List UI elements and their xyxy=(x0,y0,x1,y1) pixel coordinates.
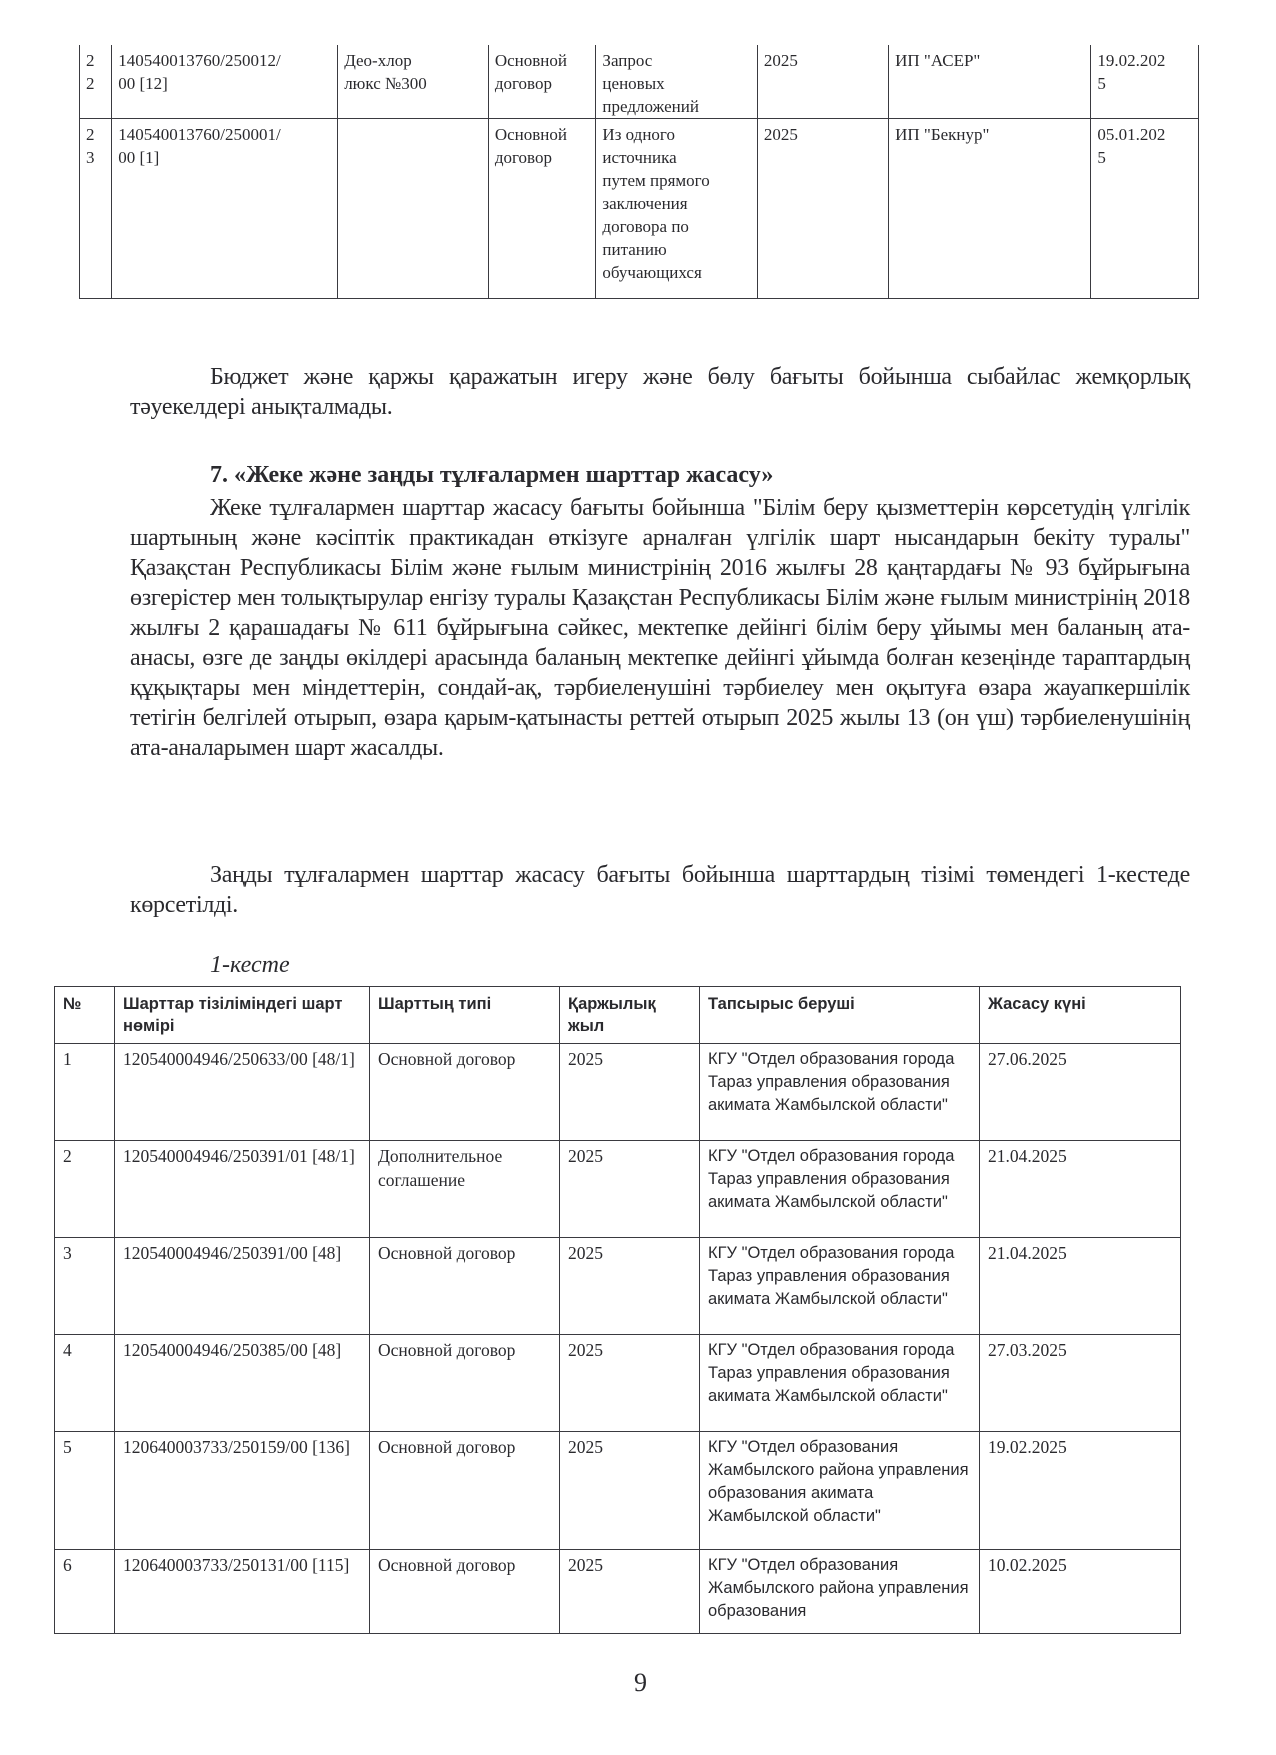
fiscal-year: 2025 xyxy=(757,45,888,119)
contract-date: 27.06.2025 xyxy=(980,1044,1181,1141)
registry-number: 120540004946/250385/00 [48] xyxy=(115,1335,370,1432)
fiscal-year: 2025 xyxy=(560,1238,700,1335)
paragraph-budget: Бюджет және қаржы қаражатын игеру және б… xyxy=(130,362,1190,422)
contract-type: Основной договор xyxy=(488,119,596,299)
paragraph-text: Бюджет және қаржы қаражатын игеру және б… xyxy=(130,364,1190,420)
fiscal-year: 2025 xyxy=(560,1141,700,1238)
supplier: ИП "АСЕР" xyxy=(889,45,1091,119)
customer: КГУ "Отдел образования Жамбылского район… xyxy=(700,1550,980,1634)
registry-number: 120540004946/250391/01 [48/1] xyxy=(115,1141,370,1238)
procurement-method: Запрос ценовых предложений xyxy=(596,45,757,119)
registry-number: 140540013760/250012/ 00 [12] xyxy=(112,45,338,119)
header-customer: Тапсырыс беруші xyxy=(700,987,980,1044)
row-number: 6 xyxy=(55,1550,115,1634)
contract-type: Дополнительное соглашение xyxy=(370,1141,560,1238)
section-heading: 7. «Жеке және заңды тұлғалармен шарттар … xyxy=(210,462,773,489)
registry-number: 120540004946/250633/00 [48/1] xyxy=(115,1044,370,1141)
table-row: 2 120540004946/250391/01 [48/1] Дополнит… xyxy=(55,1141,1181,1238)
contract-date: 05.01.202 5 xyxy=(1091,119,1199,299)
header-contract-type: Шарттың типі xyxy=(370,987,560,1044)
paragraph-text: Жеке тұлғалармен шарттар жасасу бағыты б… xyxy=(130,495,1190,761)
table-row: 3 120540004946/250391/00 [48] Основной д… xyxy=(55,1238,1181,1335)
customer: КГУ "Отдел образования города Тараз упра… xyxy=(700,1238,980,1335)
contract-date: 19.02.202 5 xyxy=(1091,45,1199,119)
header-fiscal-year: Қаржылық жыл xyxy=(560,987,700,1044)
document-page: 2 2 140540013760/250012/ 00 [12] Део-хло… xyxy=(0,0,1276,1755)
fiscal-year: 2025 xyxy=(560,1550,700,1634)
row-number: 2 3 xyxy=(80,119,112,299)
fiscal-year: 2025 xyxy=(560,1335,700,1432)
table-row: 4 120540004946/250385/00 [48] Основной д… xyxy=(55,1335,1181,1432)
paragraph-legal-entity-contracts: Заңды тұлғалармен шарттар жасасу бағыты … xyxy=(130,860,1190,920)
table-row: 6 120640003733/250131/00 [115] Основной … xyxy=(55,1550,1181,1634)
contract-type: Основной договор xyxy=(370,1335,560,1432)
row-number: 3 xyxy=(55,1238,115,1335)
header-num: № xyxy=(55,987,115,1044)
contract-type: Основной договор xyxy=(370,1044,560,1141)
registry-number: 140540013760/250001/ 00 [1] xyxy=(112,119,338,299)
table-caption: 1-кесте xyxy=(210,952,290,979)
contract-type: Основной договор xyxy=(370,1550,560,1634)
table-row: 2 3 140540013760/250001/ 00 [1] Основной… xyxy=(80,119,1199,299)
item-name: Део-хлор люкс №300 xyxy=(338,45,489,119)
contract-date: 21.04.2025 xyxy=(980,1141,1181,1238)
customer: КГУ "Отдел образования города Тараз упра… xyxy=(700,1141,980,1238)
contract-date: 27.03.2025 xyxy=(980,1335,1181,1432)
row-number: 5 xyxy=(55,1432,115,1550)
paragraph-text: Заңды тұлғалармен шарттар жасасу бағыты … xyxy=(130,862,1190,918)
contracts-table: № Шарттар тізіліміндегі шарт нөмірі Шарт… xyxy=(54,986,1181,1634)
item-name xyxy=(338,119,489,299)
customer: КГУ "Отдел образования Жамбылского район… xyxy=(700,1432,980,1550)
table-row: 2 2 140540013760/250012/ 00 [12] Део-хло… xyxy=(80,45,1199,119)
fiscal-year: 2025 xyxy=(560,1044,700,1141)
header-registry-number: Шарттар тізіліміндегі шарт нөмірі xyxy=(115,987,370,1044)
row-number: 2 2 xyxy=(80,45,112,119)
row-number: 4 xyxy=(55,1335,115,1432)
header-contract-date: Жасасу күні xyxy=(980,987,1181,1044)
supplier: ИП "Бекнур" xyxy=(889,119,1091,299)
contract-type: Основной договор xyxy=(488,45,596,119)
contract-type: Основной договор xyxy=(370,1238,560,1335)
contract-date: 21.04.2025 xyxy=(980,1238,1181,1335)
contract-date: 10.02.2025 xyxy=(980,1550,1181,1634)
table-row: 1 120540004946/250633/00 [48/1] Основной… xyxy=(55,1044,1181,1141)
row-number: 2 xyxy=(55,1141,115,1238)
paragraph-individual-contracts: Жеке тұлғалармен шарттар жасасу бағыты б… xyxy=(130,493,1190,763)
customer: КГУ "Отдел образования города Тараз упра… xyxy=(700,1335,980,1432)
customer: КГУ "Отдел образования города Тараз упра… xyxy=(700,1044,980,1141)
registry-number: 120640003733/250131/00 [115] xyxy=(115,1550,370,1634)
registry-number: 120640003733/250159/00 [136] xyxy=(115,1432,370,1550)
fiscal-year: 2025 xyxy=(757,119,888,299)
contract-date: 19.02.2025 xyxy=(980,1432,1181,1550)
procurement-table-continuation: 2 2 140540013760/250012/ 00 [12] Део-хло… xyxy=(79,45,1199,299)
table-header-row: № Шарттар тізіліміндегі шарт нөмірі Шарт… xyxy=(55,987,1181,1044)
table-row: 5 120640003733/250159/00 [136] Основной … xyxy=(55,1432,1181,1550)
procurement-method: Из одного источника путем прямого заключ… xyxy=(596,119,757,299)
contract-type: Основной договор xyxy=(370,1432,560,1550)
page-number: 9 xyxy=(634,1668,647,1698)
fiscal-year: 2025 xyxy=(560,1432,700,1550)
registry-number: 120540004946/250391/00 [48] xyxy=(115,1238,370,1335)
row-number: 1 xyxy=(55,1044,115,1141)
